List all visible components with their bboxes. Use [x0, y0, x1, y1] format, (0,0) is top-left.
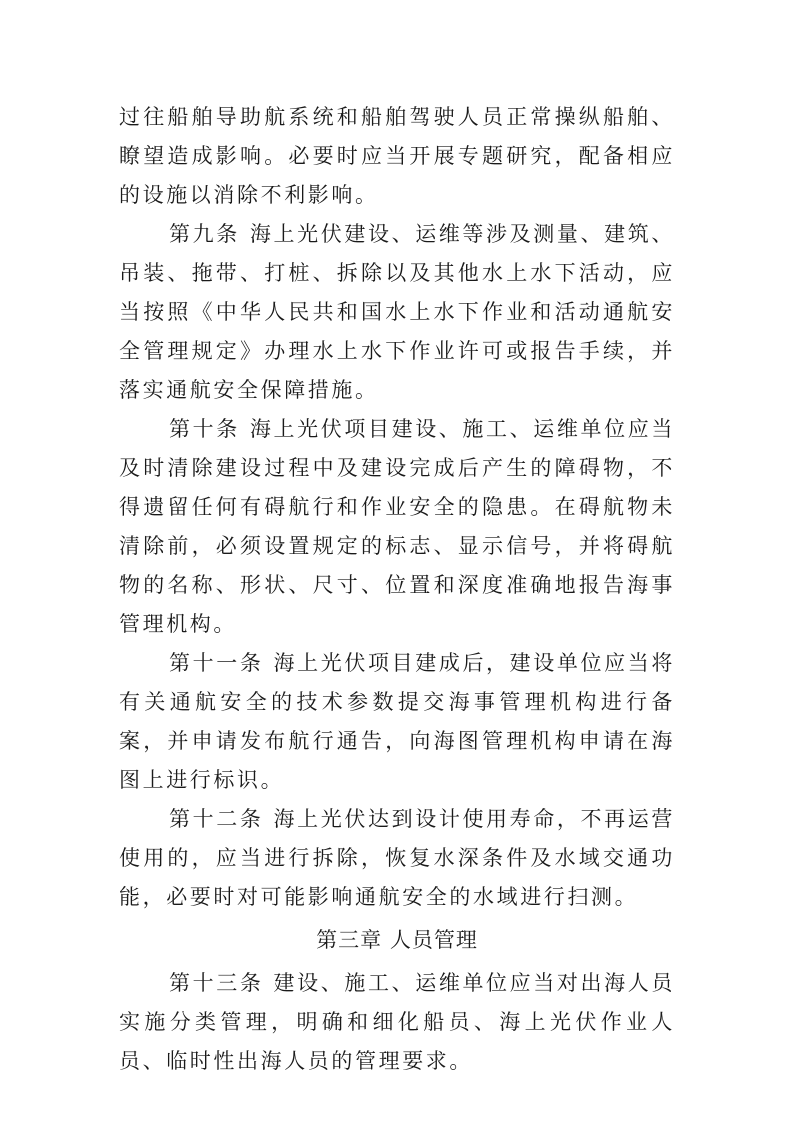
- article-9: 第九条海上光伏建设、运维等涉及测量、建筑、吊装、拖带、打桩、拆除以及其他水上水下…: [119, 215, 675, 410]
- paragraph-continuation: 过往船舶导助航系统和船舶驾驶人员正常操纵船舶、瞭望造成影响。必要时应当开展专题研…: [119, 98, 675, 215]
- article-text: 海上光伏项目建设、施工、运维单位应当及时清除建设过程中及建设完成后产生的障碍物，…: [119, 417, 675, 636]
- chapter-heading: 第三章 人员管理: [119, 921, 675, 960]
- document-page: 过往船舶导助航系统和船舶驾驶人员正常操纵船舶、瞭望造成影响。必要时应当开展专题研…: [119, 98, 675, 1081]
- paragraph-text: 过往船舶导助航系统和船舶驾驶人员正常操纵船舶、瞭望造成影响。必要时应当开展专题研…: [119, 105, 675, 207]
- article-11: 第十一条海上光伏项目建成后，建设单位应当将有关通航安全的技术参数提交海事管理机构…: [119, 644, 675, 800]
- article-number: 第十二条: [169, 807, 263, 831]
- article-13: 第十三条建设、施工、运维单位应当对出海人员实施分类管理，明确和细化船员、海上光伏…: [119, 964, 675, 1081]
- article-number: 第十一条: [169, 651, 263, 675]
- article-12: 第十二条海上光伏达到设计使用寿命，不再运营使用的，应当进行拆除，恢复水深条件及水…: [119, 800, 675, 917]
- article-10: 第十条海上光伏项目建设、施工、运维单位应当及时清除建设过程中及建设完成后产生的障…: [119, 410, 675, 644]
- article-number: 第十条: [169, 417, 240, 441]
- article-number: 第十三条: [169, 971, 263, 995]
- article-number: 第九条: [169, 222, 240, 246]
- article-text: 海上光伏建设、运维等涉及测量、建筑、吊装、拖带、打桩、拆除以及其他水上水下活动，…: [119, 222, 675, 402]
